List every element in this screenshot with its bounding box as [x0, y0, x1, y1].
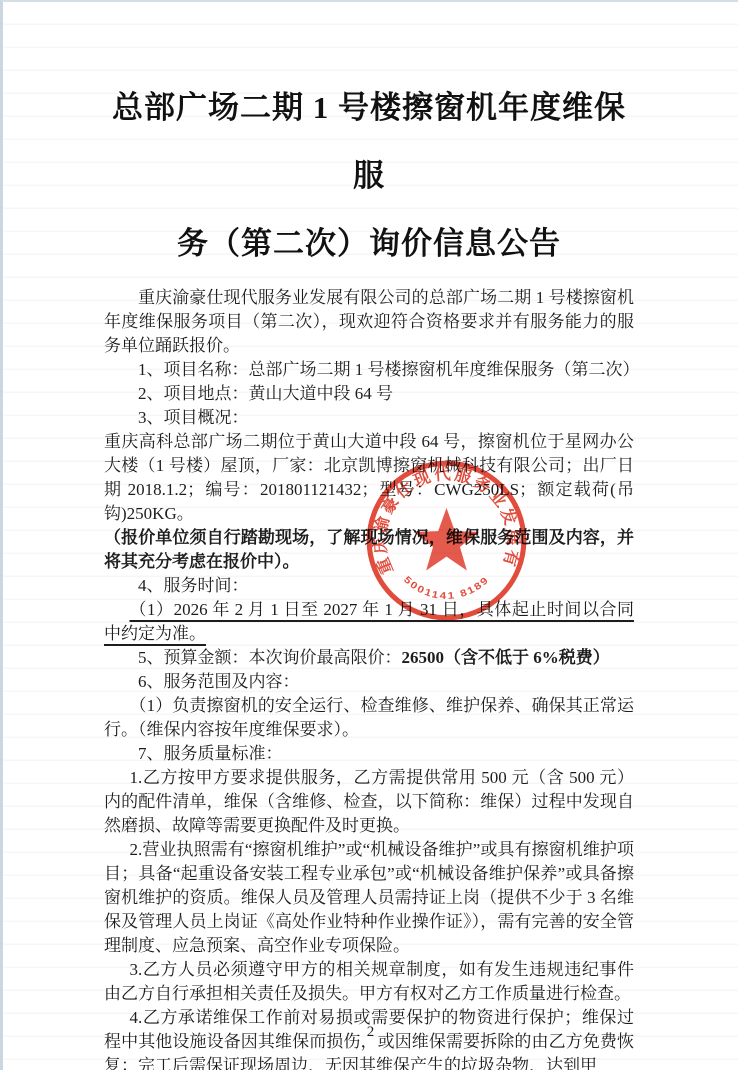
paragraph-notice: （报价单位须自行踏勘现场，了解现场情况，维保服务范围及内容，并将其充分考虑在报价…	[104, 526, 634, 574]
paragraph-item1: 1、项目名称：总部广场二期 1 号楼擦窗机年度维保服务（第二次）	[104, 358, 634, 382]
document-body: 重庆渝豪仕现代服务业发展有限公司的总部广场二期 1 号楼擦窗机年度维保服务项目（…	[104, 278, 634, 1070]
paragraph-item4: 4、服务时间：	[104, 574, 634, 598]
paragraph-item5: 5、预算金额：本次询价最高限价：26500（含不低于 6%税费）	[104, 646, 634, 670]
title-line-2: 务（第二次）询价信息公告	[104, 210, 634, 278]
paragraph-standard2: 2.营业执照需有“擦窗机维护”或“机械设备维护”或具有擦窗机维护项目；具备“起重…	[104, 838, 634, 958]
budget-label: 5、预算金额：本次询价最高限价：	[138, 648, 402, 667]
document-title: 总部广场二期 1 号楼擦窗机年度维保服 务（第二次）询价信息公告	[104, 2, 634, 278]
document-content: 总部广场二期 1 号楼擦窗机年度维保服 务（第二次）询价信息公告 重庆渝豪仕现代…	[104, 2, 634, 1070]
paragraph-standard3: 3.乙方人员必须遵守甲方的相关规章制度，如有发生违规违纪事件由乙方自行承担相关责…	[104, 958, 634, 1006]
title-line-1: 总部广场二期 1 号楼擦窗机年度维保服	[104, 74, 634, 210]
page-number: 2	[3, 1024, 738, 1041]
paragraph-scope1: （1）负责擦窗机的安全运行、检查维修、维护保养、确保其正常运行。（维保内容按年度…	[104, 694, 634, 742]
paragraph-standard1: 1.乙方按甲方要求提供服务，乙方需提供常用 500 元（含 500 元）内的配件…	[104, 766, 634, 838]
budget-amount: 26500（含不低于 6%税费）	[402, 648, 610, 667]
paragraph-item3: 3、项目概况：	[104, 406, 634, 430]
paragraph-item2: 2、项目地点：黄山大道中段 64 号	[104, 382, 634, 406]
paragraph-item7: 7、服务质量标准：	[104, 742, 634, 766]
paragraph-item6: 6、服务范围及内容：	[104, 670, 634, 694]
paragraph-intro: 重庆渝豪仕现代服务业发展有限公司的总部广场二期 1 号楼擦窗机年度维保服务项目（…	[104, 286, 634, 358]
paragraph-overview: 重庆高科总部广场二期位于黄山大道中段 64 号，擦窗机位于星网办公大楼（1 号楼…	[104, 430, 634, 526]
scanned-document-page: 总部广场二期 1 号楼擦窗机年度维保服 务（第二次）询价信息公告 重庆渝豪仕现代…	[0, 0, 738, 1070]
paragraph-service-time: （1）2026 年 2 月 1 日至 2027 年 1 月 31 日，具体起止时…	[104, 598, 634, 646]
